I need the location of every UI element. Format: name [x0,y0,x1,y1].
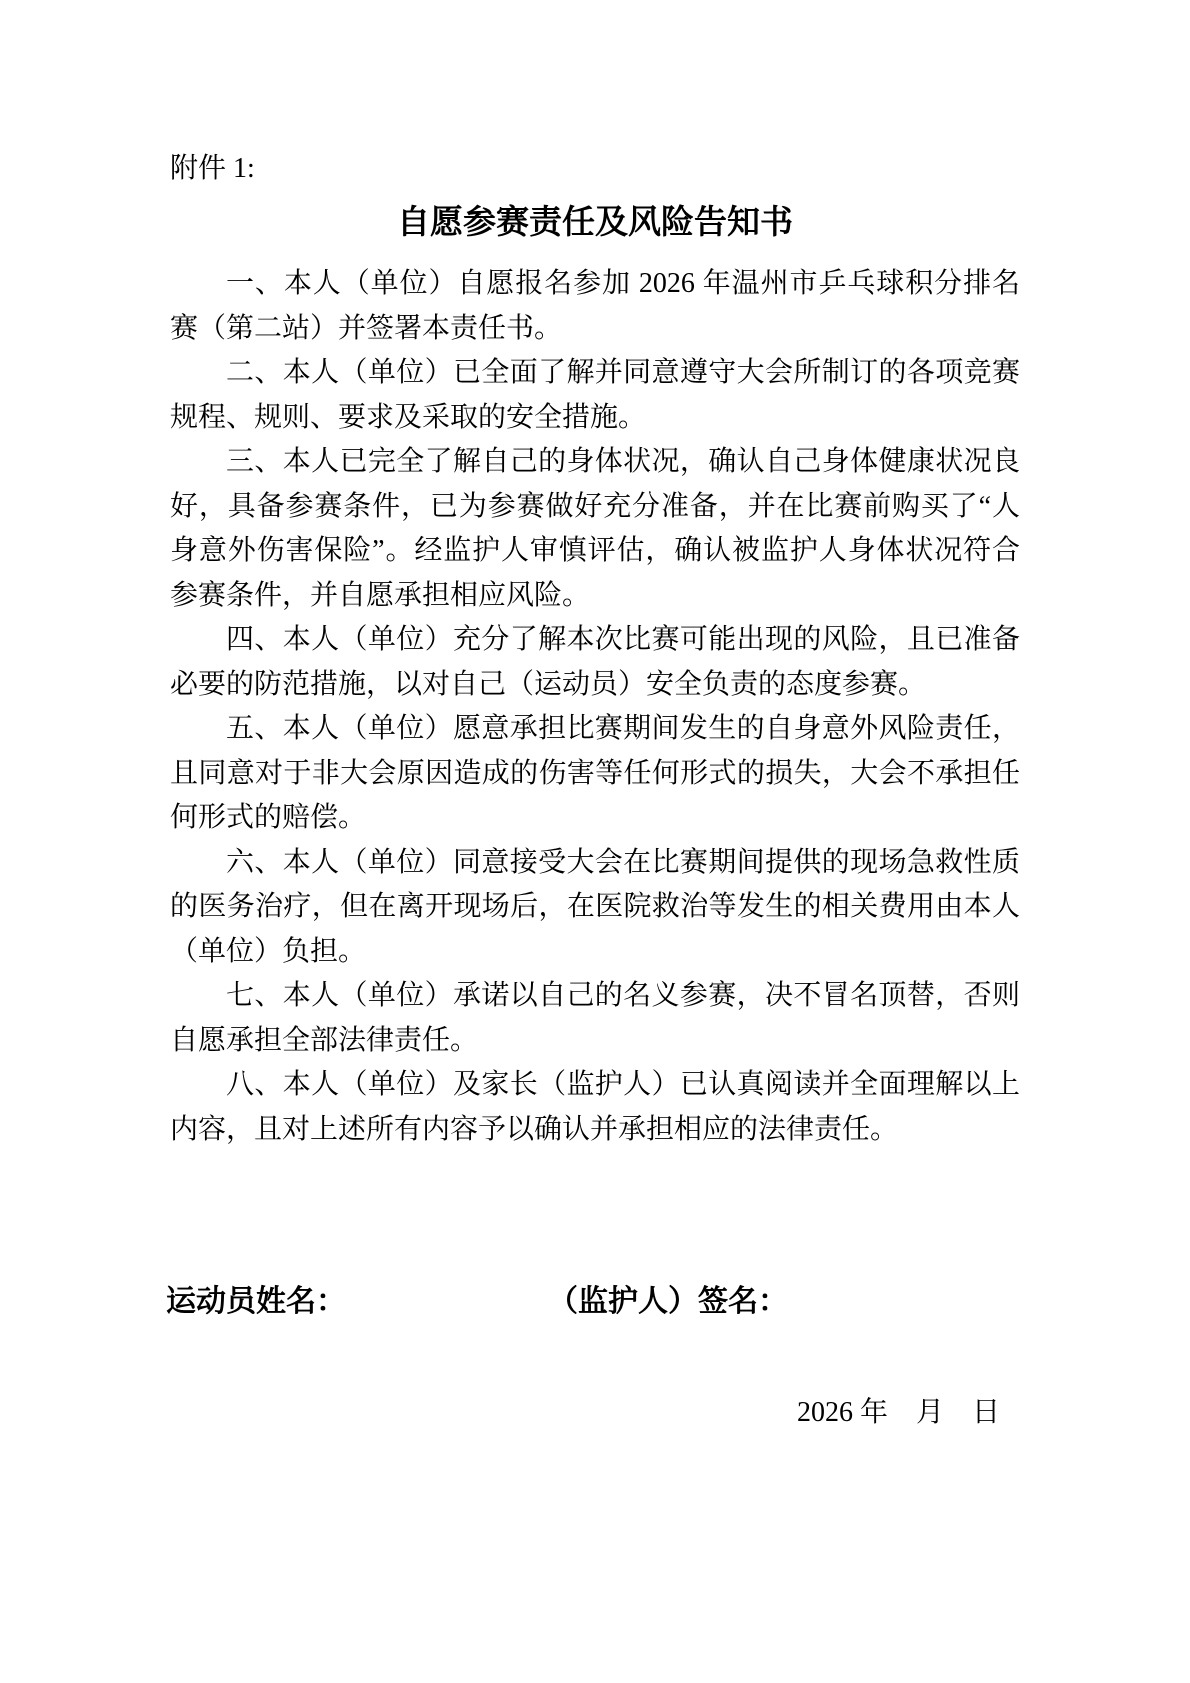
paragraph-2: 二、本人（单位）已全面了解并同意遵守大会所制订的各项竞赛规程、规则、要求及采取的… [170,351,1020,440]
paragraph-7: 七、本人（单位）承诺以自己的名义参赛，决不冒名顶替，否则自愿承担全部法律责任。 [170,974,1020,1063]
document-body: 一、本人（单位）自愿报名参加 2026 年温州市乒乓球积分排名赛（第二站）并签署… [170,262,1020,1152]
attachment-label: 附件 1: [170,152,1020,186]
document-page: 附件 1: 自愿参赛责任及风险告知书 一、本人（单位）自愿报名参加 2026 年… [0,0,1190,1683]
document-title: 自愿参赛责任及风险告知书 [170,202,1020,245]
signature-row: 运动员姓名： （监护人）签名： [170,1282,1020,1326]
paragraph-4: 四、本人（单位）充分了解本次比赛可能出现的风险，且已准备必要的防范措施，以对自己… [170,618,1020,707]
guardian-signature-label: （监护人）签名： [548,1282,788,1322]
date-line: 2026 年 月 日 [170,1396,1020,1430]
paragraph-5: 五、本人（单位）愿意承担比赛期间发生的自身意外风险责任，且同意对于非大会原因造成… [170,707,1020,841]
paragraph-1: 一、本人（单位）自愿报名参加 2026 年温州市乒乓球积分排名赛（第二站）并签署… [170,262,1020,351]
paragraph-6: 六、本人（单位）同意接受大会在比赛期间提供的现场急救性质的医务治疗，但在离开现场… [170,841,1020,975]
athlete-name-label: 运动员姓名： [166,1282,346,1322]
paragraph-3: 三、本人已完全了解自己的身体状况，确认自己身体健康状况良好，具备参赛条件，已为参… [170,440,1020,618]
paragraph-8: 八、本人（单位）及家长（监护人）已认真阅读并全面理解以上内容，且对上述所有内容予… [170,1063,1020,1152]
